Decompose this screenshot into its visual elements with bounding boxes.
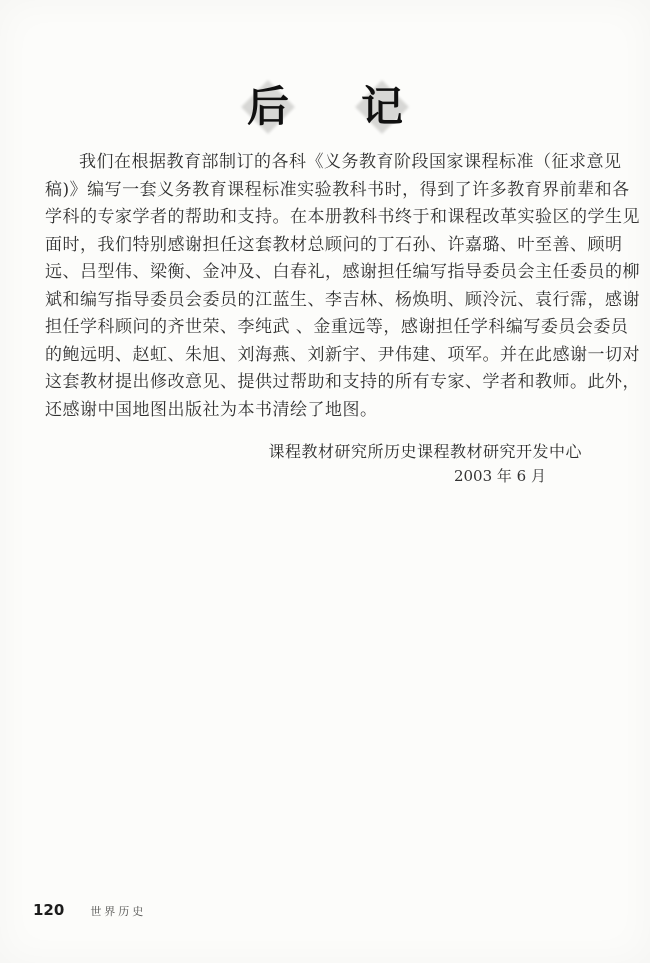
- page-number: 120: [33, 901, 64, 919]
- paragraph-line: 面时，我们特别感谢担任这套教材总顾问的丁石孙、许嘉璐、叶至善、顾明: [45, 232, 606, 260]
- paragraph-line: 稿)》编写一套义务教育课程标准实验教科书时，得到了许多教育界前辈和各: [45, 177, 606, 205]
- paragraph-line: 我们在根据教育部制订的各科《义务教育阶段国家课程标准（征求意见: [45, 149, 606, 177]
- page-title: 后 记: [0, 78, 650, 136]
- book-title: 世界历史: [90, 903, 146, 919]
- signature-block: 课程教材研究所历史课程教材研究开发中心 2003 年 6 月: [0, 441, 650, 489]
- paragraph-line: 担任学科顾问的齐世荣、李纯武 、金重远等，感谢担任学科编写委员会委员: [45, 314, 606, 342]
- signature-organization: 课程教材研究所历史课程教材研究开发中心: [0, 441, 650, 463]
- paragraph-line: 远、吕型伟、梁衡、金冲及、白春礼，感谢担任编写指导委员会主任委员的柳: [45, 259, 606, 287]
- paragraph-line: 还感谢中国地图出版社为本书清绘了地图。: [45, 397, 606, 425]
- title-char: 后: [247, 86, 289, 128]
- book-page: 后 记 我们在根据教育部制订的各科《义务教育阶段国家课程标准（征求意见 稿)》编…: [0, 0, 650, 963]
- signature-date: 2003 年 6 月: [0, 463, 650, 489]
- paragraph-line: 这套教材提出修改意见、提供过帮助和支持的所有专家、学者和教师。此外，: [45, 369, 606, 397]
- paragraph-line: 学科的专家学者的帮助和支持。在本册教科书终于和课程改革实验区的学生见: [45, 204, 606, 232]
- title-char-block: 记: [353, 78, 411, 136]
- page-footer: 120 世界历史: [33, 901, 146, 919]
- paragraph-line: 斌和编写指导委员会委员的江蓝生、李吉林、杨焕明、顾泠沅、袁行霈，感谢: [45, 287, 606, 315]
- afterword-paragraph: 我们在根据教育部制订的各科《义务教育阶段国家课程标准（征求意见 稿)》编写一套义…: [45, 149, 606, 424]
- title-char: 记: [361, 86, 403, 128]
- title-char-block: 后: [239, 78, 297, 136]
- paragraph-line: 的鲍远明、赵虹、朱旭、刘海燕、刘新宇、尹伟建、项军。并在此感谢一切对: [45, 342, 606, 370]
